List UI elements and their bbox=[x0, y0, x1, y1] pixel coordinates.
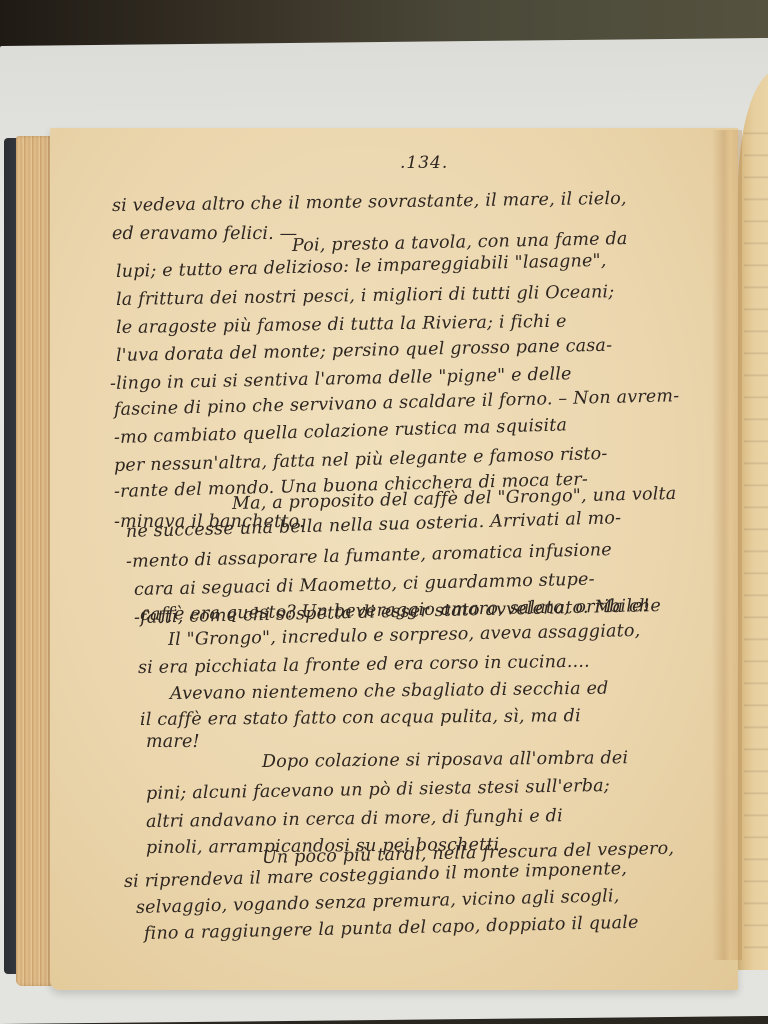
manuscript-line: il caffè era stato fatto con acqua pulit… bbox=[140, 706, 581, 730]
manuscript-line: mare! bbox=[146, 732, 200, 752]
right-facing-page bbox=[738, 70, 768, 970]
page-gutter bbox=[712, 130, 742, 960]
right-page-text-fragment bbox=[744, 120, 768, 960]
manuscript-line: Dopo colazione si riposava all'ombra dei bbox=[262, 748, 628, 772]
page-number: .134. bbox=[400, 153, 448, 173]
manuscript-line: ed eravamo felici. — bbox=[112, 224, 297, 244]
